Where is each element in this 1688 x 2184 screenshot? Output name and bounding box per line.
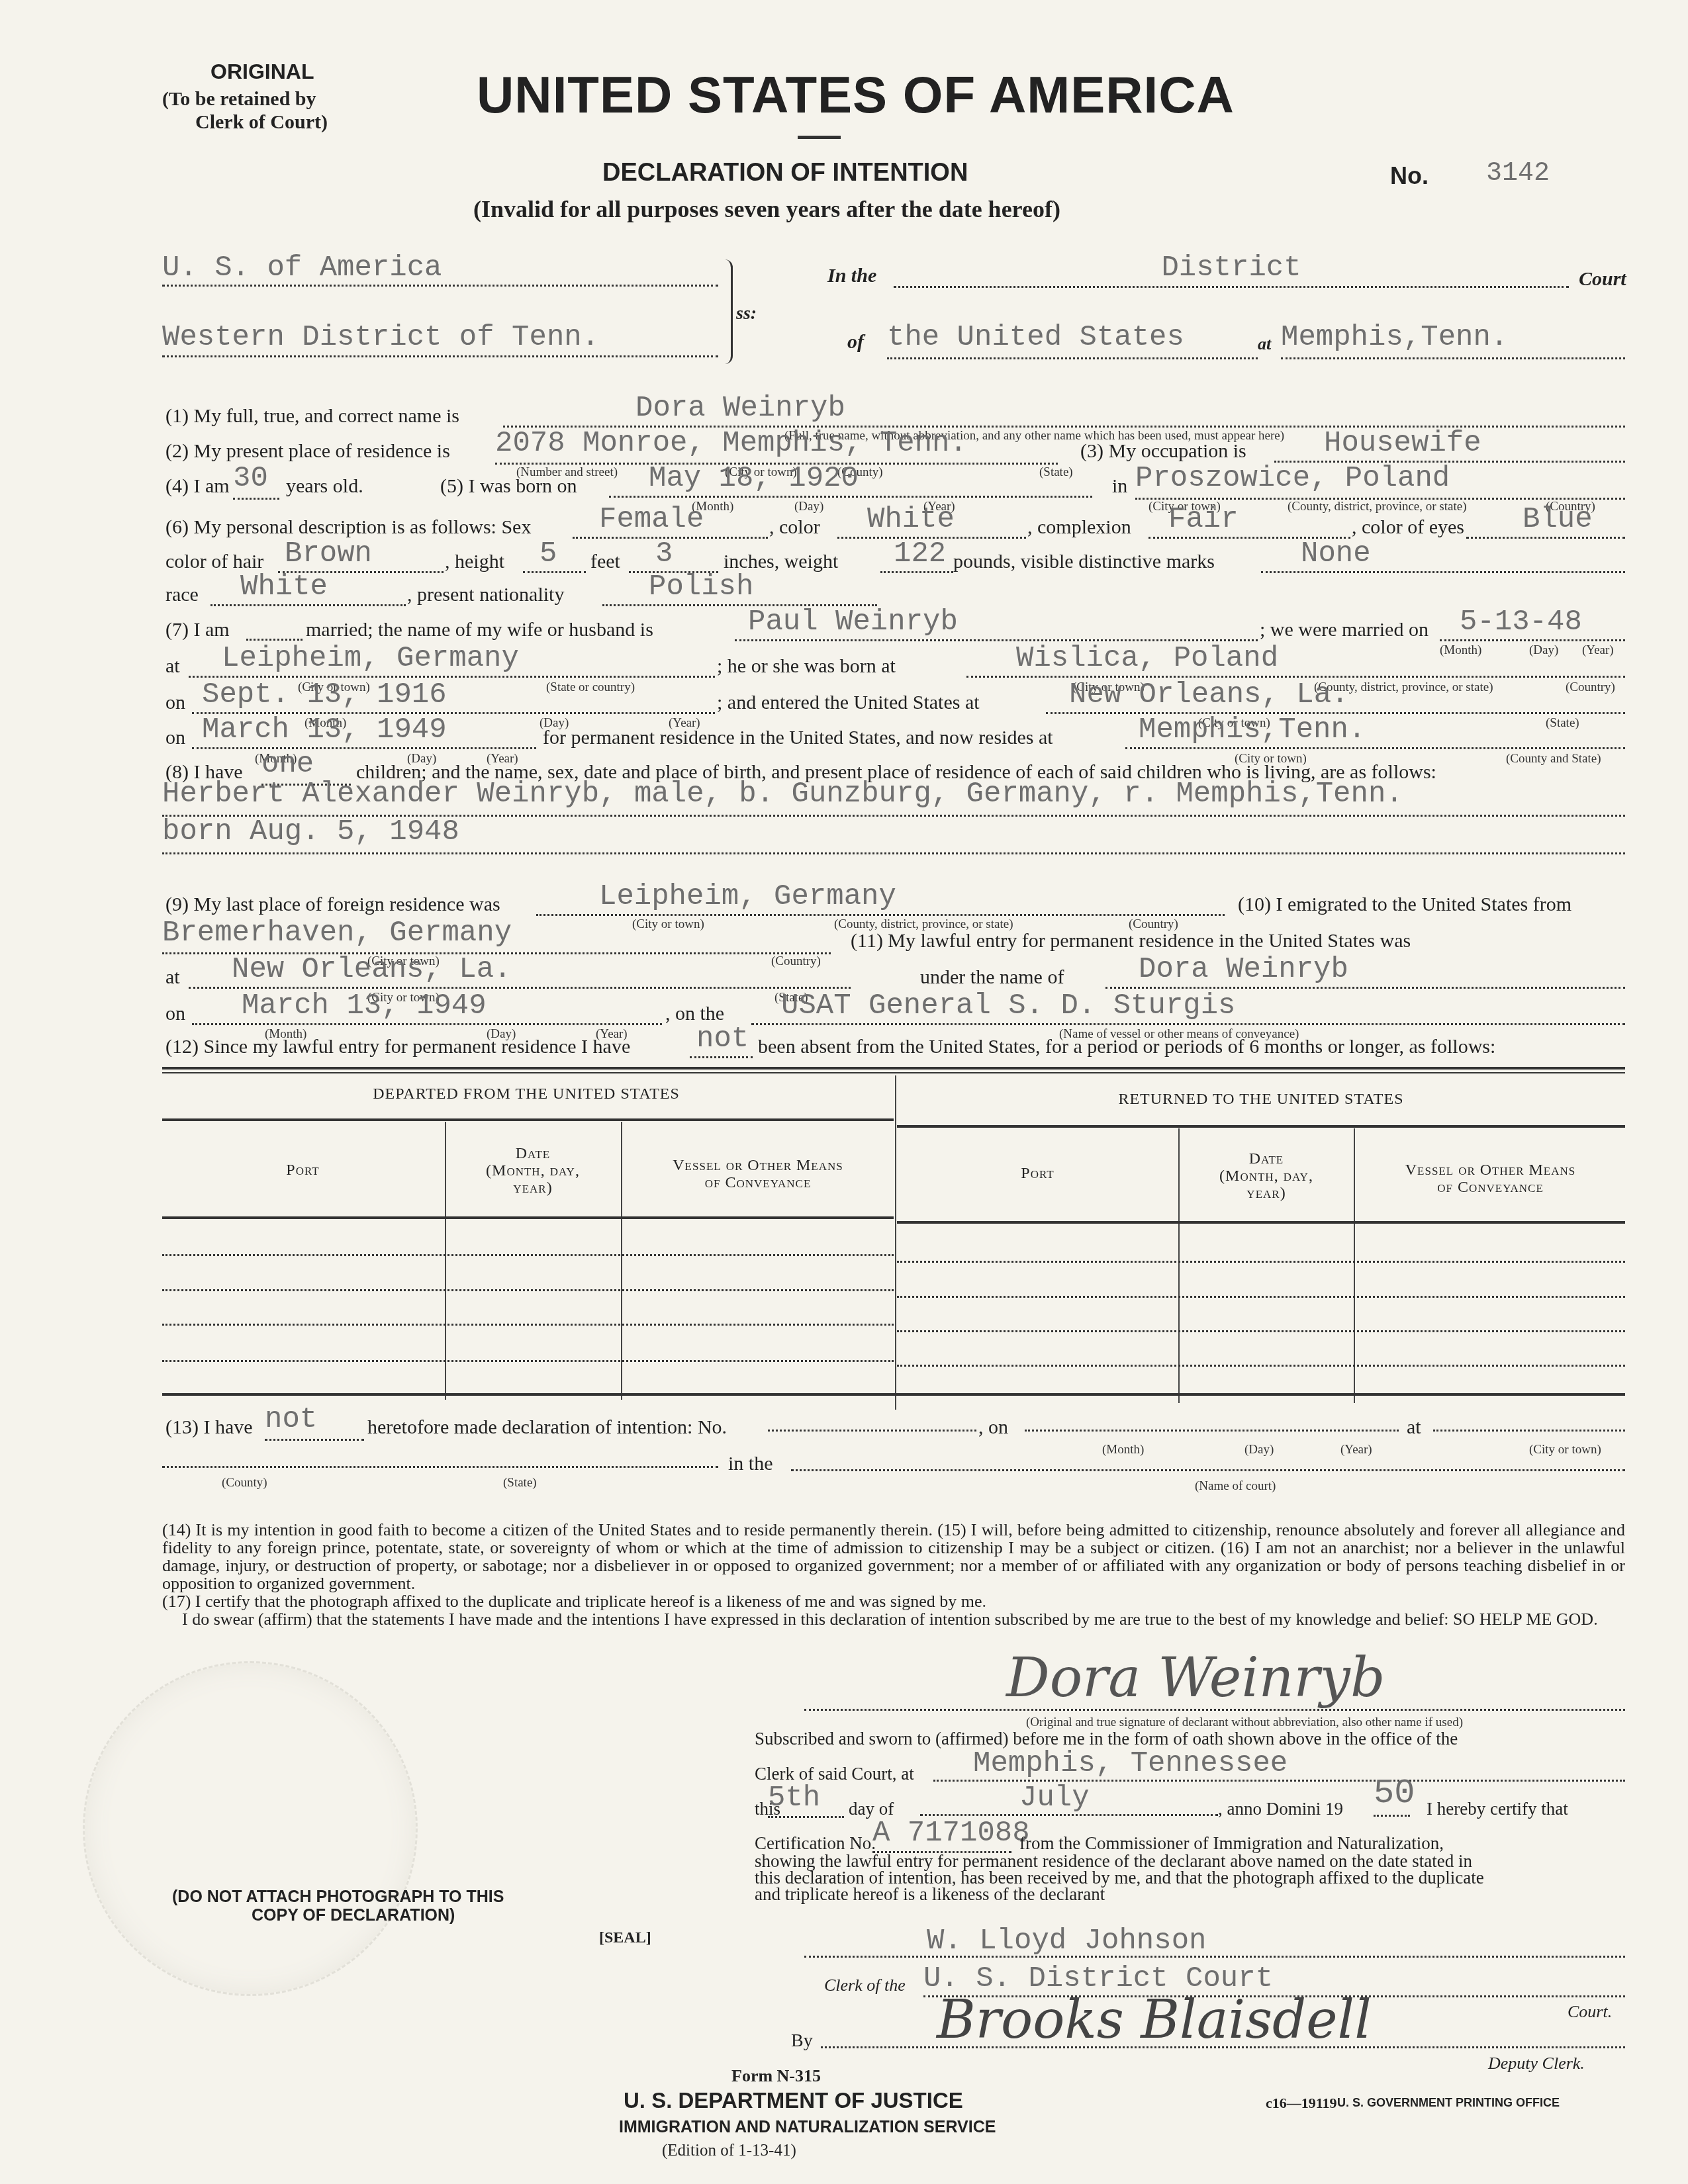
marriage-place-field[interactable]: Leipheim, Germany (189, 642, 715, 678)
q12-label: (12) Since my lawful entry for permanent… (165, 1036, 630, 1058)
ss-label: ss: (736, 303, 757, 324)
height-feet-field[interactable]: 5 (523, 537, 586, 573)
copy-note-2: Clerk of Court) (195, 111, 328, 134)
title-rule (798, 136, 841, 139)
spouse-birthplace-value: Wislica, Poland (1016, 642, 1278, 675)
prior-in-the-label: in the (728, 1453, 773, 1475)
resides-label: for permanent residence in the United St… (543, 727, 1053, 749)
q3-label: (3) My occupation is (1080, 440, 1246, 463)
height-label: , height (445, 551, 504, 573)
birth-date-field[interactable]: May 18, 1920 (609, 462, 1092, 498)
returned-col-port: Port (897, 1165, 1178, 1183)
venue-district-field[interactable]: Western District of Tenn. (162, 321, 718, 357)
venue-state-field[interactable]: U. S. of America (162, 251, 718, 287)
venue-state-value: U. S. of America (162, 251, 442, 285)
absent-value: not (696, 1023, 749, 1056)
q11-label: (11) My lawful entry for permanent resid… (851, 930, 1411, 952)
vessel-field[interactable]: USAT General S. D. Sturgis (751, 989, 1625, 1025)
spouse-birthplace-field[interactable]: Wislica, Poland (966, 642, 1625, 678)
print-code: c16—19119 (1266, 2095, 1337, 2112)
departed-row-3[interactable] (162, 1324, 894, 1326)
prior-at-label: at (1407, 1416, 1421, 1439)
entered-label: ; and entered the United States at (717, 692, 980, 714)
lawful-entry-port-value: New Orleans, La. (232, 953, 511, 986)
cert-text-4: and triplicate hereof is a likeness of t… (755, 1884, 1105, 1905)
court-suffix: Court. (1568, 2002, 1612, 2022)
child-details-1: Herbert Alexander Weinryb, male, b. Gunz… (162, 778, 1403, 811)
edition-note: (Edition of 1-13-41) (662, 2142, 796, 2160)
declarant-signature-line[interactable] (804, 1709, 1625, 1711)
clerk-of-label: Clerk of the (824, 1976, 906, 1995)
departed-col-date: Date(Month, day,year) (447, 1145, 619, 1197)
departed-row-1[interactable] (162, 1254, 894, 1256)
eye-color-field[interactable]: Blue (1466, 503, 1625, 539)
venue-district-value: Western District of Tenn. (162, 321, 599, 354)
prior-hint-county: (County) (222, 1476, 267, 1490)
sex-field[interactable]: Female (573, 503, 768, 539)
photo-note-1: (DO NOT ATTACH PHOTOGRAPH TO THIS (172, 1888, 504, 1907)
jurat-location-value: Memphis, Tennessee (973, 1747, 1288, 1780)
prior-hint-city: (City or town) (1529, 1443, 1601, 1457)
prior-hint-year: (Year) (1340, 1443, 1372, 1457)
race-value: White (240, 570, 328, 604)
q7-label: (7) I am (165, 619, 230, 641)
in-the-label: In the (827, 265, 876, 287)
emigrated-from-field[interactable]: Bremerhaven, Germany (162, 917, 831, 954)
eye-color-value: Blue (1523, 503, 1593, 536)
spouse-entry-date-value: March 13, 1949 (202, 713, 447, 747)
nationality-label: , present nationality (407, 584, 564, 606)
court-of-value: the United States (887, 321, 1184, 354)
nationality-value: Polish (649, 570, 753, 604)
departed-row-4[interactable] (162, 1360, 894, 1362)
returned-row-4[interactable] (897, 1365, 1625, 1367)
copy-label: ORIGINAL (211, 60, 314, 84)
venue-brace (722, 259, 733, 364)
number-label: No. (1390, 162, 1429, 190)
lawful-entry-date-field[interactable]: March 13, 1949 (192, 989, 662, 1025)
spouse-residence-hint-county: (County and State) (1506, 752, 1601, 766)
returned-row-2[interactable] (897, 1296, 1625, 1298)
entry-on-label: on (165, 727, 185, 749)
form-number: Form N-315 (731, 2066, 821, 2086)
children-count-value: one (261, 748, 314, 781)
eyes-label: , color of eyes (1352, 516, 1464, 539)
court-type-field[interactable]: District (894, 251, 1569, 288)
jurat-day-value: 5th (768, 1782, 820, 1815)
prior-date-field[interactable] (1025, 1430, 1399, 1432)
birth-date-value: May 18, 1920 (649, 462, 859, 495)
spouse-birthdate-value: Sept. 13, 1916 (202, 678, 447, 711)
jurat-year-field[interactable]: 50 (1374, 1774, 1410, 1817)
clerk-name-value: W. Lloyd Johnson (927, 1925, 1206, 1958)
weight-value: 122 (894, 537, 946, 570)
hair-color-value: Brown (285, 537, 372, 570)
entry-name-value: Dora Weinryb (1139, 953, 1348, 986)
height-inches-field[interactable]: 3 (629, 537, 718, 573)
marriage-date-field[interactable]: 5-13-48 (1440, 606, 1625, 641)
emigrated-from-value: Bremerhaven, Germany (162, 917, 512, 950)
prior-city-field[interactable] (1433, 1430, 1625, 1432)
validity-note: (Invalid for all purposes seven years af… (473, 195, 1060, 223)
returned-col-date: Date(Month, day,year) (1180, 1150, 1352, 1202)
departed-header: DEPARTED FROM THE UNITED STATES (162, 1085, 890, 1103)
court-location-value: Memphis,Tenn. (1281, 321, 1508, 354)
q5-label: (5) I was born on (440, 475, 577, 498)
certify-label: I hereby certify that (1427, 1799, 1568, 1819)
children-line-1[interactable]: Herbert Alexander Weinryb, male, b. Gunz… (162, 778, 1625, 817)
in-label: in (1112, 475, 1127, 498)
q4-label: (4) I am (165, 475, 230, 498)
entry-port-field[interactable]: New Orleans, La. (1046, 678, 1625, 714)
lawful-entry-date-value: March 13, 1949 (242, 989, 487, 1023)
marriage-place-value: Leipheim, Germany (222, 642, 519, 675)
prior-number-field[interactable] (768, 1430, 976, 1432)
q2-label: (2) My present place of residence is (165, 440, 450, 463)
court-location-field[interactable]: Memphis,Tenn. (1281, 321, 1625, 359)
q1-label: (1) My full, true, and correct name is (165, 405, 459, 428)
jurat-location-field[interactable]: Memphis, Tennessee (933, 1747, 1625, 1782)
spouse-residence-value: Memphis,Tenn. (1139, 713, 1366, 747)
distinctive-marks-field[interactable]: None (1261, 537, 1625, 573)
weight-field[interactable]: 122 (880, 537, 953, 573)
prior-hint-month: (Month) (1102, 1443, 1144, 1457)
vessel-value: USAT General S. D. Sturgis (781, 989, 1236, 1023)
prior-hint-state: (State) (503, 1476, 537, 1490)
spouse-born-on-label: on (165, 692, 185, 714)
entry-name-field[interactable]: Dora Weinryb (1105, 953, 1625, 989)
jurat-month-value: July (1019, 1782, 1090, 1815)
age-value: 30 (233, 462, 268, 495)
last-foreign-residence-field[interactable]: Leipheim, Germany (536, 880, 1225, 916)
inches-label: inches, weight (724, 551, 838, 573)
by-label: By (791, 2030, 813, 2052)
complexion-label: , complexion (1027, 516, 1131, 539)
returned-header: RETURNED TO THE UNITED STATES (897, 1091, 1625, 1109)
declarant-signature: Dora Weinryb (1006, 1647, 1385, 1709)
deputy-clerk-label: Deputy Clerk. (1488, 2054, 1585, 2073)
returned-col-vessel: Vessel or Other Meansof Conveyance (1356, 1161, 1625, 1196)
clerk-name-field[interactable]: W. Lloyd Johnson (804, 1925, 1625, 1958)
q10-label: (10) I emigrated to the United States fr… (1238, 893, 1571, 916)
residence-field[interactable]: 2078 Monroe, Memphis, Tenn. (495, 427, 1058, 465)
under-name-label: under the name of (920, 966, 1064, 989)
departed-col-vessel: Vessel or Other Meansof Conveyance (622, 1157, 894, 1191)
hair-label: color of hair (165, 551, 263, 573)
spouse-birthdate-field[interactable]: Sept. 13, 1916 (192, 678, 715, 714)
q12-text: been absent from the United States, for … (758, 1036, 1495, 1058)
distinctive-marks-value: None (1301, 537, 1371, 570)
jurat-line-1: Subscribed and sworn to (affirmed) befor… (755, 1729, 1458, 1749)
lawful-entry-port-field[interactable]: New Orleans, La. (189, 953, 851, 989)
occupation-value: Housewife (1324, 427, 1481, 460)
deputy-signature: Brooks Blaisdell (937, 1989, 1372, 2050)
jurat-day-field[interactable]: 5th (768, 1782, 844, 1818)
nationality-field[interactable]: Polish (602, 570, 877, 606)
complexion-value: Fair (1168, 503, 1239, 536)
occupation-field[interactable]: Housewife (1274, 427, 1625, 463)
married-at-label: at (165, 655, 180, 678)
full-name-field[interactable]: Dora Weinryb (503, 392, 1625, 428)
prior-court-field[interactable] (791, 1469, 1625, 1471)
complexion-field[interactable]: Fair (1149, 503, 1350, 539)
birth-place-value: Proszowice, Poland (1135, 462, 1450, 495)
declaration-number: 3142 (1486, 159, 1550, 189)
age-field[interactable]: 30 (233, 462, 279, 500)
copy-note-1: (To be retained by (162, 88, 316, 111)
spouse-residence-field[interactable]: Memphis,Tenn. (1125, 713, 1625, 749)
returned-row-3[interactable] (897, 1330, 1625, 1332)
race-field[interactable]: White (211, 570, 406, 606)
married-status-field[interactable] (246, 625, 303, 641)
page-title: UNITED STATES OF AMERICA (477, 65, 1235, 125)
sex-value: Female (599, 503, 704, 536)
court-label: Court (1579, 268, 1626, 291)
q9-label: (9) My last place of foreign residence w… (165, 893, 500, 916)
q6-label: (6) My personal description is as follow… (165, 516, 531, 539)
spouse-entry-date-field[interactable]: March 13, 1949 (192, 713, 536, 749)
spouse-name-field[interactable]: Paul Weinryb (735, 606, 1258, 641)
prior-declaration-value: not (265, 1403, 317, 1436)
hair-color-field[interactable]: Brown (278, 537, 444, 573)
children-line-2[interactable]: born Aug. 5, 1948 (162, 815, 1625, 854)
race-label: race (165, 584, 199, 606)
signature-hint: (Original and true signature of declaran… (1026, 1715, 1463, 1730)
full-name-value: Dora Weinryb (635, 392, 845, 425)
photo-note-2: COPY OF DECLARATION) (252, 1906, 455, 1925)
embossed-seal-icon (83, 1661, 418, 1996)
spouse-born-label: ; he or she was born at (717, 655, 896, 678)
last-foreign-residence-value: Leipheim, Germany (599, 880, 896, 913)
q13-text: heretofore made declaration of intention… (367, 1416, 727, 1439)
color-field[interactable]: White (837, 503, 1026, 539)
prior-declaration-field[interactable]: not (265, 1403, 364, 1441)
birth-place-field[interactable]: Proszowice, Poland (1135, 462, 1625, 500)
married-on-label: ; we were married on (1260, 619, 1429, 641)
prior-on-label: , on (978, 1416, 1008, 1439)
entry-port-value: New Orleans, La. (1069, 678, 1348, 711)
height-feet-value: 5 (539, 537, 557, 570)
certification-number-field[interactable]: A 7171088 (872, 1817, 1011, 1853)
absent-field[interactable]: not (690, 1023, 753, 1058)
age-suffix: years old. (286, 475, 363, 498)
anno-domini-label: , anno Domini 19 (1218, 1799, 1343, 1819)
feet-label: feet (590, 551, 620, 573)
department-name: U. S. DEPARTMENT OF JUSTICE (624, 2088, 963, 2113)
departed-col-port: Port (162, 1161, 444, 1179)
service-name: IMMIGRATION AND NATURALIZATION SERVICE (619, 2118, 996, 2137)
residence-value: 2078 Monroe, Memphis, Tenn. (495, 427, 967, 460)
departed-row-2[interactable] (162, 1289, 894, 1291)
vessel-label: , on the (665, 1003, 724, 1025)
prior-county-state-field[interactable] (162, 1466, 718, 1468)
prior-hint-court: (Name of court) (1195, 1479, 1276, 1494)
marriage-date-value: 5-13-48 (1460, 606, 1582, 639)
pounds-label: pounds, visible distinctive marks (953, 551, 1215, 573)
married-label: married; the name of my wife or husband … (306, 619, 653, 641)
color-label: , color (769, 516, 820, 539)
court-type-value: District (1161, 251, 1301, 285)
entry-at-label: at (165, 966, 180, 989)
at-label: at (1258, 334, 1271, 354)
form-subtitle: DECLARATION OF INTENTION (602, 159, 968, 187)
seal-label: [SEAL] (599, 1929, 651, 1947)
certification-number-value: A 7171088 (872, 1817, 1030, 1850)
spouse-name-value: Paul Weinryb (748, 606, 958, 639)
of-label: of (847, 331, 864, 353)
oath-paragraph: (14) It is my intention in good faith to… (162, 1521, 1625, 1628)
printer-name: U. S. GOVERNMENT PRINTING OFFICE (1337, 2096, 1560, 2110)
color-value: White (867, 503, 955, 536)
jurat-year-value: 50 (1374, 1774, 1415, 1813)
birth-hint-day: (Day) (794, 500, 823, 514)
returned-row-1[interactable] (897, 1261, 1625, 1263)
q13-label: (13) I have (165, 1416, 253, 1439)
prior-hint-day: (Day) (1244, 1443, 1274, 1457)
jurat-month-field[interactable]: July (920, 1782, 1218, 1816)
deputy-signature-line[interactable] (821, 2046, 1625, 2048)
court-of-field[interactable]: the United States (887, 321, 1258, 359)
lawful-entry-on-label: on (165, 1003, 185, 1025)
height-inches-value: 3 (655, 537, 673, 570)
child-details-2: born Aug. 5, 1948 (162, 815, 459, 848)
